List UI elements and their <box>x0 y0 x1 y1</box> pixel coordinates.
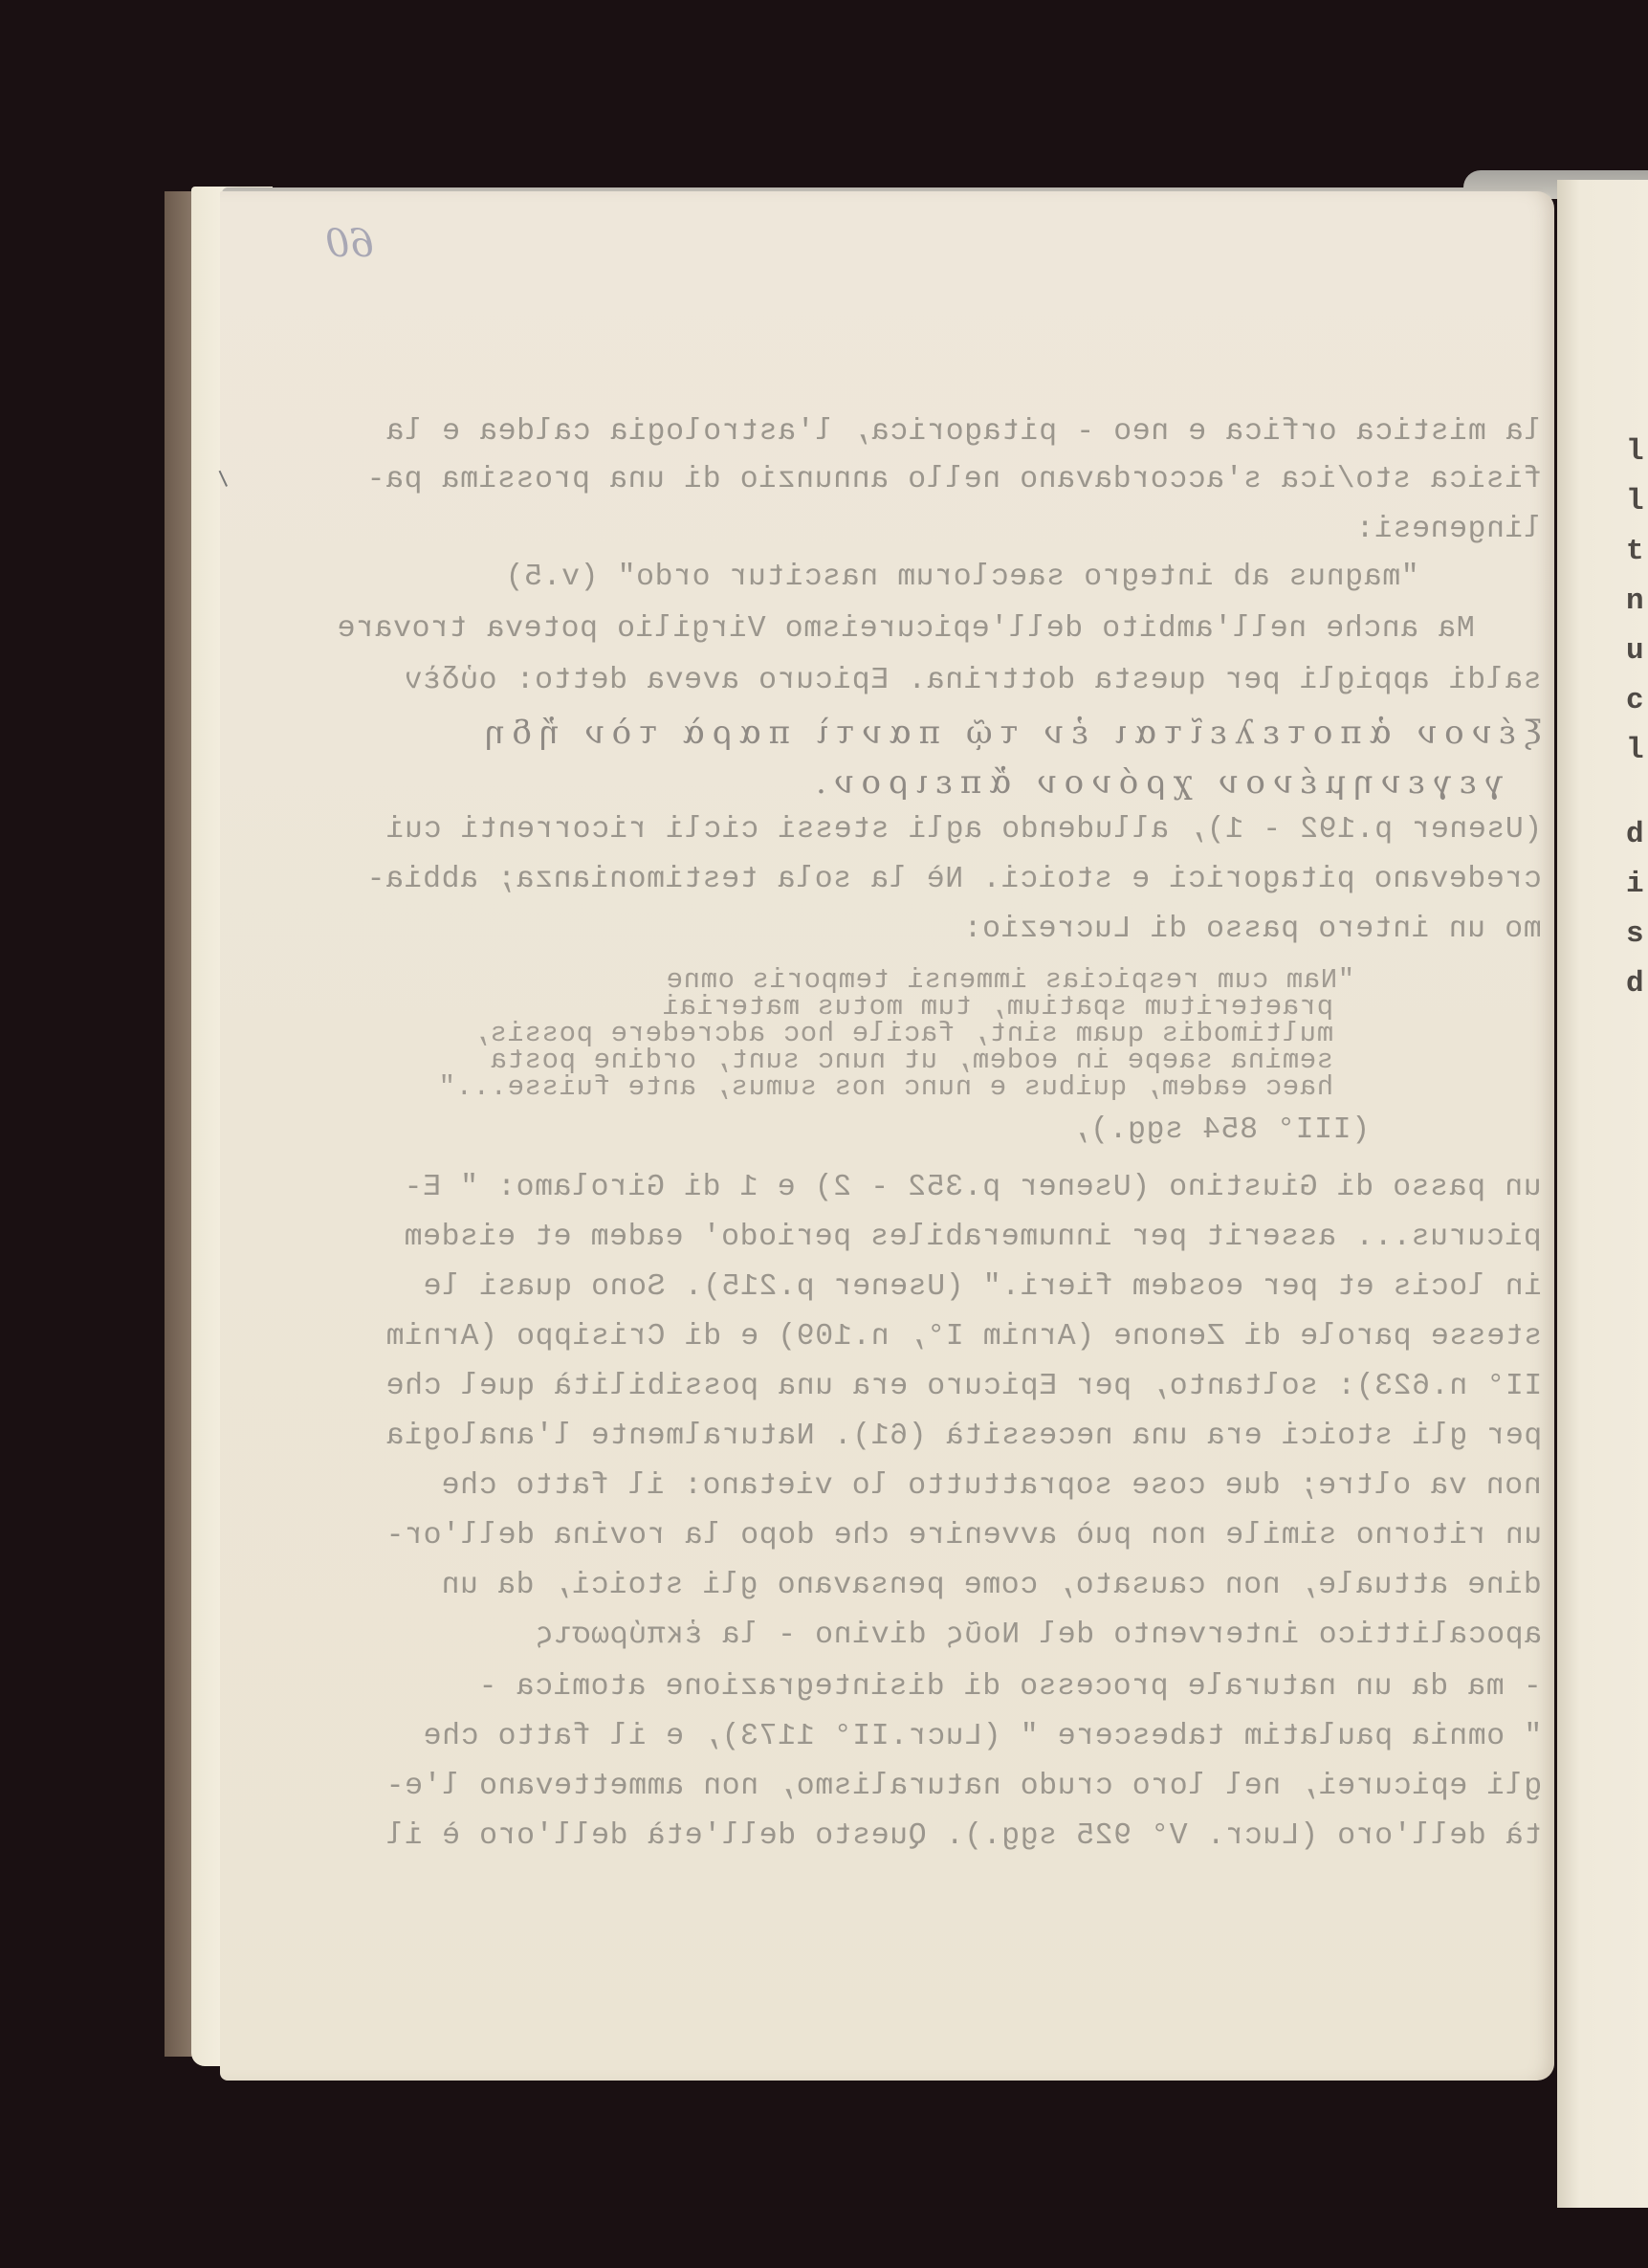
text-line: haec eadem, quibus e nunc nos sumus, ant… <box>438 1071 1333 1103</box>
text-line: (III° 854 sgg.), <box>1071 1113 1370 1147</box>
adjacent-page-letter: t <box>1626 535 1644 568</box>
text-line: apocalittico intervento del Νοῦς divino … <box>535 1618 1542 1652</box>
text-line: - ma da un naturale processo di disinteg… <box>478 1670 1542 1704</box>
text-line: un ritorno simile non può avvenire che d… <box>385 1519 1542 1552</box>
adjacent-page-letter: l <box>1626 485 1644 518</box>
adjacent-page-letter: l <box>1626 435 1644 469</box>
adjacent-page-letter: s <box>1626 917 1644 951</box>
text-line: saldi appigli per questa dottrina. Epicu… <box>404 664 1542 697</box>
text-line: tà dell'oro (Lucr. V° 925 sgg.). Questo … <box>385 1819 1542 1853</box>
text-line: "magnus ab integro saeclorum nascitur or… <box>505 561 1419 594</box>
adjacent-page-letter: n <box>1626 584 1644 618</box>
adjacent-page-letter: l <box>1626 734 1644 767</box>
page-number: 60 <box>325 222 374 266</box>
text-line: credevano pitagorici e stoici. Nè la sol… <box>366 863 1542 896</box>
text-line: un passo di Giustino (Usener p.352 - 2) … <box>404 1171 1542 1204</box>
text-line: stesse parole di Zenone (Arnim I°, n.109… <box>385 1320 1542 1354</box>
text-line: picurus... asserit per innumerabiles per… <box>404 1221 1542 1254</box>
adjacent-page-letter: d <box>1626 818 1644 851</box>
text-line: lingenesi: <box>1355 513 1542 546</box>
book-spine <box>165 191 193 2057</box>
text-line: Ma anche nell'ambito dell'epicureismo Vi… <box>337 612 1475 646</box>
text-line: non va oltre; due cose soprattutto lo vi… <box>441 1469 1542 1503</box>
text-line: fisica sto/ica s'accordavano nello annun… <box>366 463 1542 496</box>
text-line: γεγενημένον χρόνον ἄπειρον. <box>808 763 1504 802</box>
text-line: " omnia paulatim tabescere " (Lucr.II° 1… <box>423 1720 1542 1753</box>
adjacent-page <box>1557 180 1648 2208</box>
text-line: (Usener p.192 - 1), alludendo agli stess… <box>385 813 1542 847</box>
text-line: gli epicurei, nel loro crudo naturalismo… <box>385 1770 1542 1803</box>
adjacent-page-letter: d <box>1626 967 1644 1001</box>
text-line: mo un intero passo di Lucrezio: <box>963 913 1542 946</box>
text-line: ξένον ἀποτελεῖται ἐν τῷ παντὶ παρὰ τὸν ἤ… <box>477 714 1542 752</box>
text-line: II° n.623): soltanto, per Epicuro era un… <box>385 1370 1542 1403</box>
text-line: per gli stoici era una necessità (61). N… <box>385 1420 1542 1453</box>
adjacent-page-letter: i <box>1626 868 1644 901</box>
adjacent-page-letter: u <box>1626 634 1644 668</box>
text-line: in locis et per eosdem fieri." (Usener p… <box>423 1270 1542 1304</box>
text-line: dine attuale, non causato, come pensavan… <box>441 1569 1542 1602</box>
text-line: la mistica orfica e neo - pitagorica, l'… <box>385 415 1542 449</box>
adjacent-page-letter: c <box>1626 684 1644 717</box>
